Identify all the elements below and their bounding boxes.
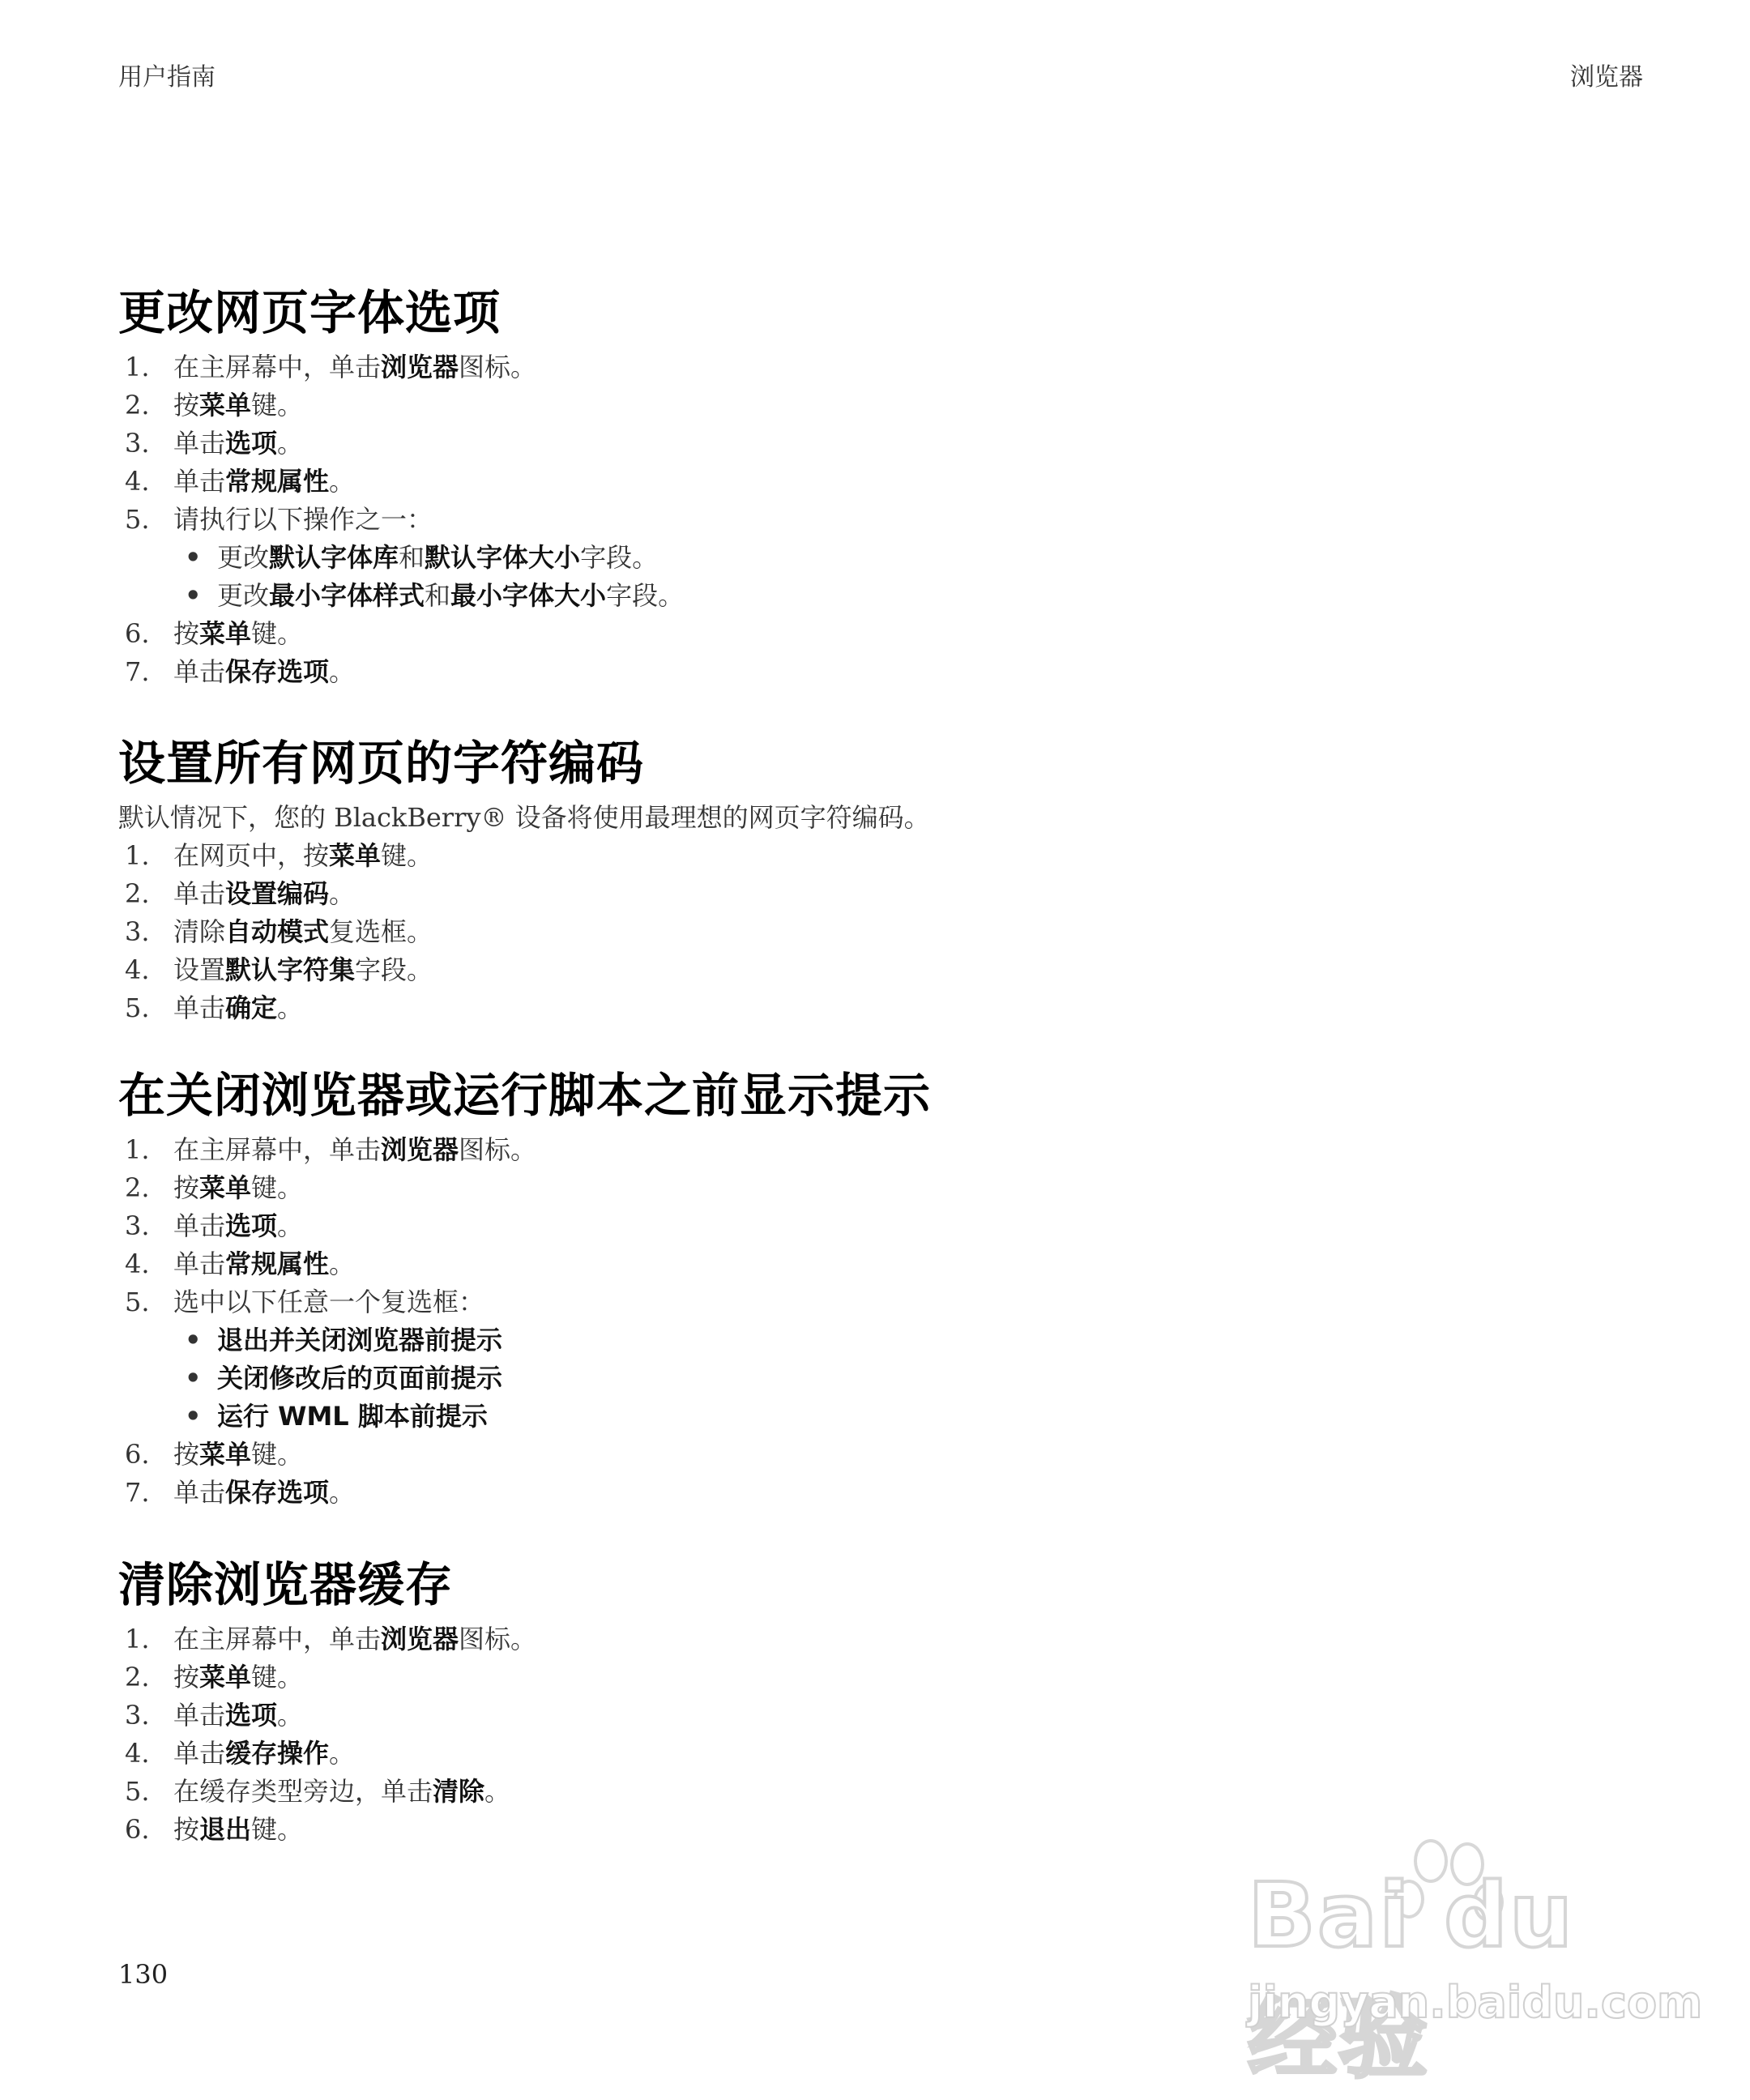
step-text: 键。	[251, 1172, 303, 1203]
step-number: 1.	[125, 1131, 150, 1169]
checkbox-option-label: 运行 WML 脚本前提示	[217, 1401, 488, 1432]
bullet-item: •更改最小字体样式和最小字体大小字段。	[173, 577, 684, 615]
steps-list: 1.在网页中，按菜单键。 2.单击设置编码。 3.清除自动模式复选框。 4.设置…	[118, 837, 930, 1027]
bullet-icon: •	[185, 1359, 201, 1398]
step-text: 。	[329, 1477, 355, 1508]
step-text: 在主屏幕中，单击	[173, 1134, 381, 1165]
step-number: 5.	[125, 989, 150, 1027]
bullet-list: •更改默认字体库和默认字体大小字段。 •更改最小字体样式和最小字体大小字段。	[173, 539, 684, 615]
step-text: 单击	[173, 466, 225, 497]
ui-term: 菜单	[199, 1662, 251, 1692]
steps-list: 1.在主屏幕中，单击浏览器图标。 2.按菜单键。 3.单击选项。 4.单击缓存操…	[118, 1620, 536, 1849]
step-item: 1.在主屏幕中，单击浏览器图标。	[118, 348, 684, 386]
step-number: 4.	[125, 951, 150, 989]
ui-term: 选项	[225, 1700, 277, 1731]
step-number: 5.	[125, 1773, 150, 1811]
step-text: 。	[329, 1738, 355, 1769]
step-text: 。	[484, 1776, 510, 1807]
step-text: 键。	[251, 1662, 303, 1692]
ui-term: 常规属性	[225, 1248, 329, 1279]
section-change-font-options: 更改网页字体选项 1.在主屏幕中，单击浏览器图标。 2.按菜单键。 3.单击选项…	[118, 284, 684, 691]
step-text: 按	[173, 618, 199, 649]
ui-term: 设置编码	[225, 878, 329, 909]
step-text: 。	[329, 878, 355, 909]
running-header-guide: 用户指南	[118, 57, 216, 92]
step-text: 单击	[173, 878, 225, 909]
ui-term: 选项	[225, 1210, 277, 1241]
step-number: 2.	[125, 1658, 150, 1697]
bullet-icon: •	[185, 577, 201, 615]
step-number: 1.	[125, 348, 150, 386]
ui-term: 确定	[225, 992, 277, 1023]
step-number: 4.	[125, 463, 150, 501]
step-text: 。	[277, 992, 303, 1023]
step-item: 1.在网页中，按菜单键。	[118, 837, 930, 875]
ui-term: 默认字体库	[269, 542, 399, 573]
step-item: 3.单击选项。	[118, 1697, 536, 1735]
step-number: 2.	[125, 1169, 150, 1207]
step-text: 单击	[173, 656, 225, 687]
step-item: 3.单击选项。	[118, 425, 684, 463]
bullet-item: •关闭修改后的页面前提示	[173, 1359, 931, 1398]
step-text: 键。	[381, 840, 433, 871]
step-number: 3.	[125, 913, 150, 951]
step-number: 1.	[125, 837, 150, 875]
step-text: 单击	[173, 428, 225, 459]
step-item: 4.单击常规属性。	[118, 1245, 931, 1283]
step-text: 单击	[173, 1738, 225, 1769]
step-item: 2.按菜单键。	[118, 1658, 536, 1697]
step-text: 。	[277, 1700, 303, 1731]
ui-term: 退出	[199, 1814, 251, 1845]
bullet-text: 更改	[217, 580, 269, 611]
bullet-list: •退出并关闭浏览器前提示 •关闭修改后的页面前提示 •运行 WML 脚本前提示	[173, 1321, 931, 1436]
step-text: 键。	[251, 1439, 303, 1470]
step-item: 2.单击设置编码。	[118, 875, 930, 913]
step-item: 7.单击保存选项。	[118, 1474, 931, 1512]
step-item: 3.单击选项。	[118, 1207, 931, 1245]
step-number: 5.	[125, 501, 150, 539]
section-show-prompts: 在关闭浏览器或运行脚本之前显示提示 1.在主屏幕中，单击浏览器图标。 2.按菜单…	[118, 1066, 931, 1512]
step-text: 在主屏幕中，单击	[173, 352, 381, 382]
section-title: 在关闭浏览器或运行脚本之前显示提示	[118, 1066, 931, 1125]
bullet-icon: •	[185, 1321, 201, 1359]
ui-term: 浏览器	[381, 1624, 459, 1654]
step-text: 按	[173, 1439, 199, 1470]
step-item: 5.请执行以下操作之一： •更改默认字体库和默认字体大小字段。 •更改最小字体样…	[118, 501, 684, 615]
ui-term: 菜单	[329, 840, 381, 871]
ui-term: 最小字体样式	[269, 580, 425, 611]
step-item: 6.按菜单键。	[118, 1436, 931, 1474]
step-text: 键。	[251, 390, 303, 420]
step-number: 5.	[125, 1283, 150, 1321]
step-item: 4.设置默认字符集字段。	[118, 951, 930, 989]
step-number: 3.	[125, 1697, 150, 1735]
step-item: 4.单击常规属性。	[118, 463, 684, 501]
ui-term: 最小字体大小	[450, 580, 606, 611]
section-title: 更改网页字体选项	[118, 284, 684, 342]
step-text: 。	[329, 1248, 355, 1279]
step-number: 6.	[125, 615, 150, 653]
step-text: 。	[329, 466, 355, 497]
step-number: 6.	[125, 1811, 150, 1849]
step-item: 6.按退出键。	[118, 1811, 536, 1849]
step-text: 设置	[173, 954, 225, 985]
step-text: 在主屏幕中，单击	[173, 1624, 381, 1654]
bullet-item: •退出并关闭浏览器前提示	[173, 1321, 931, 1359]
ui-term: 默认字符集	[225, 954, 355, 985]
section-character-encoding: 设置所有网页的字符编码 默认情况下，您的 BlackBerry® 设备将使用最理…	[118, 734, 930, 1027]
baidu-watermark: Bai du 经验 jingyan.baidu.com	[1248, 1847, 1653, 2042]
steps-list: 1.在主屏幕中，单击浏览器图标。 2.按菜单键。 3.单击选项。 4.单击常规属…	[118, 348, 684, 691]
step-item: 3.清除自动模式复选框。	[118, 913, 930, 951]
step-item: 2.按菜单键。	[118, 386, 684, 425]
section-clear-cache: 清除浏览器缓存 1.在主屏幕中，单击浏览器图标。 2.按菜单键。 3.单击选项。…	[118, 1556, 536, 1849]
bullet-icon: •	[185, 1398, 201, 1436]
step-number: 3.	[125, 1207, 150, 1245]
step-text: 单击	[173, 1210, 225, 1241]
step-text: 按	[173, 1662, 199, 1692]
step-item: 1.在主屏幕中，单击浏览器图标。	[118, 1131, 931, 1169]
ui-term: 浏览器	[381, 352, 459, 382]
ui-term: 保存选项	[225, 656, 329, 687]
step-number: 7.	[125, 653, 150, 691]
step-item: 6.按菜单键。	[118, 615, 684, 653]
ui-term: 菜单	[199, 1172, 251, 1203]
step-item: 4.单击缓存操作。	[118, 1735, 536, 1773]
ui-term: 自动模式	[225, 916, 329, 947]
bullet-text: 更改	[217, 542, 269, 573]
ui-term: 保存选项	[225, 1477, 329, 1508]
step-item: 5.在缓存类型旁边，单击清除。	[118, 1773, 536, 1811]
step-number: 3.	[125, 425, 150, 463]
ui-term: 清除	[433, 1776, 484, 1807]
ui-term: 默认字体大小	[425, 542, 580, 573]
bullet-item: •更改默认字体库和默认字体大小字段。	[173, 539, 684, 577]
ui-term: 菜单	[199, 618, 251, 649]
step-text: 清除	[173, 916, 225, 947]
intro-paragraph: 默认情况下，您的 BlackBerry® 设备将使用最理想的网页字符编码。	[118, 799, 930, 837]
step-text: 键。	[251, 618, 303, 649]
step-text: 单击	[173, 1248, 225, 1279]
step-number: 2.	[125, 386, 150, 425]
ui-term: 菜单	[199, 390, 251, 420]
step-item: 2.按菜单键。	[118, 1169, 931, 1207]
step-text: 在网页中，按	[173, 840, 329, 871]
section-title: 清除浏览器缓存	[118, 1556, 536, 1614]
bullet-text: 和	[425, 580, 450, 611]
step-text: 图标。	[459, 1624, 536, 1654]
step-text: 图标。	[459, 352, 536, 382]
step-text: 请执行以下操作之一：	[173, 504, 433, 535]
step-number: 4.	[125, 1735, 150, 1773]
step-text: 。	[329, 656, 355, 687]
ui-term: 浏览器	[381, 1134, 459, 1165]
step-item: 5.单击确定。	[118, 989, 930, 1027]
bullet-text: 字段。	[606, 580, 684, 611]
bullet-text: 字段。	[580, 542, 658, 573]
running-header-chapter: 浏览器	[1570, 57, 1643, 92]
step-text: 键。	[251, 1814, 303, 1845]
step-item: 5.选中以下任意一个复选框： •退出并关闭浏览器前提示 •关闭修改后的页面前提示…	[118, 1283, 931, 1436]
section-title: 设置所有网页的字符编码	[118, 734, 930, 792]
step-item: 7.单击保存选项。	[118, 653, 684, 691]
step-number: 7.	[125, 1474, 150, 1512]
ui-term: 选项	[225, 428, 277, 459]
step-text: 单击	[173, 1477, 225, 1508]
bullet-item: •运行 WML 脚本前提示	[173, 1398, 931, 1436]
step-text: 单击	[173, 992, 225, 1023]
step-number: 4.	[125, 1245, 150, 1283]
step-text: 在缓存类型旁边，单击	[173, 1776, 433, 1807]
step-text: 按	[173, 1814, 199, 1845]
step-item: 1.在主屏幕中，单击浏览器图标。	[118, 1620, 536, 1658]
page-number: 130	[118, 1959, 168, 1990]
step-text: 。	[277, 1210, 303, 1241]
steps-list: 1.在主屏幕中，单击浏览器图标。 2.按菜单键。 3.单击选项。 4.单击常规属…	[118, 1131, 931, 1512]
step-text: 。	[277, 428, 303, 459]
ui-term: 缓存操作	[225, 1738, 329, 1769]
step-text: 按	[173, 1172, 199, 1203]
step-number: 1.	[125, 1620, 150, 1658]
step-number: 6.	[125, 1436, 150, 1474]
ui-term: 常规属性	[225, 466, 329, 497]
step-text: 字段。	[355, 954, 433, 985]
bullet-text: 和	[399, 542, 425, 573]
step-text: 选中以下任意一个复选框：	[173, 1287, 484, 1317]
step-number: 2.	[125, 875, 150, 913]
watermark-url: jingyan.baidu.com	[1248, 1977, 1702, 2028]
ui-term: 菜单	[199, 1439, 251, 1470]
step-text: 复选框。	[329, 916, 433, 947]
bullet-icon: •	[185, 539, 201, 577]
checkbox-option-label: 退出并关闭浏览器前提示	[217, 1325, 502, 1355]
checkbox-option-label: 关闭修改后的页面前提示	[217, 1363, 502, 1394]
step-text: 按	[173, 390, 199, 420]
step-text: 单击	[173, 1700, 225, 1731]
step-text: 图标。	[459, 1134, 536, 1165]
